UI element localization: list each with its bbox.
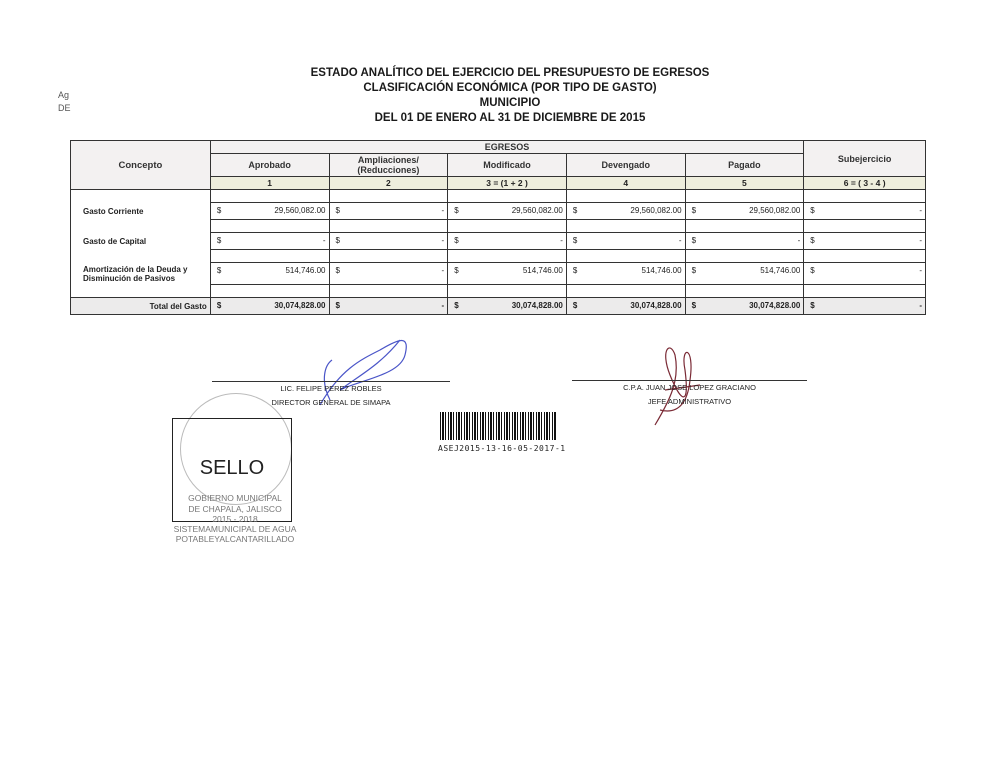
spacer-cell — [804, 220, 926, 233]
currency-symbol: $ — [217, 266, 221, 275]
report-entity: MUNICIPIO — [230, 96, 790, 111]
amount-value: - — [323, 236, 326, 245]
amount-value: 514,746.00 — [642, 266, 682, 275]
spacer-cell — [566, 250, 685, 263]
header-pagado: Pagado — [685, 154, 804, 177]
currency-symbol: $ — [573, 301, 577, 310]
amount-cell: $- — [329, 233, 448, 250]
signer-1-name: LIC. FELIPE PEREZ ROBLES — [212, 384, 450, 393]
amount-value: - — [919, 206, 922, 215]
currency-symbol: $ — [692, 266, 696, 275]
amount-value: 29,560,082.00 — [274, 206, 325, 215]
seal-line-2: DE CHAPALA, JALISCO — [150, 504, 320, 514]
currency-symbol: $ — [810, 301, 814, 310]
amount-value: - — [560, 236, 563, 245]
amount-value: - — [442, 301, 445, 310]
signer-2-title: JEFE ADMINISTRATIVO — [572, 397, 807, 406]
report-header: ESTADO ANALÍTICO DEL EJERCICIO DEL PRESU… — [230, 66, 790, 126]
currency-symbol: $ — [573, 266, 577, 275]
concept-spacer — [71, 285, 211, 298]
row-concept: Gasto Corriente — [71, 203, 211, 220]
amount-value: 514,746.00 — [285, 266, 325, 275]
amount-cell: $30,074,828.00 — [685, 298, 804, 315]
spacer-cell — [566, 285, 685, 298]
amount-value: 30,074,828.00 — [630, 301, 681, 310]
currency-symbol: $ — [217, 206, 221, 215]
amount-value: 29,560,082.00 — [630, 206, 681, 215]
concept-spacer — [71, 250, 211, 263]
spacer-cell — [210, 190, 329, 203]
amount-value: 30,074,828.00 — [749, 301, 800, 310]
currency-symbol: $ — [810, 236, 814, 245]
signature-line-2 — [572, 380, 807, 381]
amount-value: 29,560,082.00 — [512, 206, 563, 215]
row-concept: Gasto de Capital — [71, 233, 211, 250]
amount-cell: $- — [329, 203, 448, 220]
amount-value: 29,560,082.00 — [749, 206, 800, 215]
header-subejercicio: Subejercicio — [804, 141, 926, 177]
amount-cell: $514,746.00 — [566, 263, 685, 285]
header-egresos: EGRESOS — [210, 141, 803, 154]
header-aprobado: Aprobado — [210, 154, 329, 177]
formula-6: 6 = ( 3 - 4 ) — [804, 177, 926, 190]
amount-value: - — [798, 236, 801, 245]
amount-value: 30,074,828.00 — [512, 301, 563, 310]
spacer-cell — [685, 220, 804, 233]
spacer-cell — [685, 250, 804, 263]
amount-cell: $29,560,082.00 — [685, 203, 804, 220]
table-row: Amortización de la Deuda y Disminución d… — [71, 263, 926, 285]
report-period: DEL 01 DE ENERO AL 31 DE DICIEMBRE DE 20… — [230, 111, 790, 126]
amount-value: - — [679, 236, 682, 245]
amount-cell: $514,746.00 — [210, 263, 329, 285]
spacer-cell — [566, 190, 685, 203]
amount-cell: $30,074,828.00 — [448, 298, 567, 315]
header-ampliaciones: Ampliaciones/ (Reducciones) — [329, 154, 448, 177]
currency-symbol: $ — [692, 236, 696, 245]
side-label-1: Ag — [58, 90, 69, 100]
spacer-cell — [448, 285, 567, 298]
amount-value: - — [919, 301, 922, 310]
amount-cell: $- — [804, 233, 926, 250]
amount-cell: $- — [804, 203, 926, 220]
report-title: ESTADO ANALÍTICO DEL EJERCICIO DEL PRESU… — [230, 66, 790, 81]
table-row: Gasto Corriente$29,560,082.00$-$29,560,0… — [71, 203, 926, 220]
currency-symbol: $ — [692, 206, 696, 215]
barcode — [440, 412, 556, 440]
currency-symbol: $ — [810, 266, 814, 275]
amount-cell: $29,560,082.00 — [566, 203, 685, 220]
amount-value: 30,074,828.00 — [274, 301, 325, 310]
report-subtitle: CLASIFICACIÓN ECONÓMICA (POR TIPO DE GAS… — [230, 81, 790, 96]
currency-symbol: $ — [573, 206, 577, 215]
spacer-cell — [448, 220, 567, 233]
amount-cell: $- — [804, 298, 926, 315]
total-row: Total del Gasto$30,074,828.00$-$30,074,8… — [71, 298, 926, 315]
budget-table: Concepto EGRESOS Subejercicio Aprobado A… — [70, 140, 926, 315]
concept-spacer — [71, 190, 211, 203]
row-concept: Total del Gasto — [71, 298, 211, 315]
amount-value: 514,746.00 — [760, 266, 800, 275]
formula-1: 1 — [210, 177, 329, 190]
spacer-cell — [210, 220, 329, 233]
amount-cell: $- — [329, 263, 448, 285]
spacer-cell — [448, 250, 567, 263]
spacer-cell — [685, 190, 804, 203]
table-row: Gasto de Capital$-$-$-$-$-$- — [71, 233, 926, 250]
currency-symbol: $ — [336, 301, 340, 310]
amount-value: - — [919, 236, 922, 245]
amount-cell: $514,746.00 — [685, 263, 804, 285]
amount-cell: $- — [566, 233, 685, 250]
currency-symbol: $ — [217, 236, 221, 245]
currency-symbol: $ — [217, 301, 221, 310]
amount-cell: $30,074,828.00 — [566, 298, 685, 315]
signature-line-1 — [212, 381, 450, 382]
amount-cell: $- — [448, 233, 567, 250]
spacer-cell — [329, 285, 448, 298]
amount-cell: $- — [329, 298, 448, 315]
spacer-cell — [329, 190, 448, 203]
currency-symbol: $ — [810, 206, 814, 215]
amount-cell: $514,746.00 — [448, 263, 567, 285]
amount-value: 514,746.00 — [523, 266, 563, 275]
seal-line-1: GOBIERNO MUNICIPAL — [150, 493, 320, 503]
amount-cell: $- — [685, 233, 804, 250]
currency-symbol: $ — [336, 266, 340, 275]
currency-symbol: $ — [692, 301, 696, 310]
currency-symbol: $ — [454, 266, 458, 275]
concept-spacer — [71, 220, 211, 233]
spacer-cell — [566, 220, 685, 233]
spacer-cell — [329, 250, 448, 263]
header-concepto: Concepto — [71, 141, 211, 190]
spacer-cell — [685, 285, 804, 298]
signer-2-name: C.P.A. JUAN JOSE LOPEZ GRACIANO — [572, 383, 807, 392]
currency-symbol: $ — [336, 236, 340, 245]
amount-cell: $29,560,082.00 — [448, 203, 567, 220]
amount-value: - — [442, 236, 445, 245]
seal-line-4: SISTEMAMUNICIPAL DE AGUA — [150, 524, 320, 534]
currency-symbol: $ — [454, 236, 458, 245]
amount-value: - — [442, 206, 445, 215]
currency-symbol: $ — [454, 301, 458, 310]
currency-symbol: $ — [454, 206, 458, 215]
amount-cell: $- — [804, 263, 926, 285]
spacer-cell — [448, 190, 567, 203]
currency-symbol: $ — [336, 206, 340, 215]
header-devengado: Devengado — [566, 154, 685, 177]
amount-value: - — [919, 266, 922, 275]
spacer-cell — [804, 285, 926, 298]
amount-value: - — [442, 266, 445, 275]
formula-3: 3 = (1 + 2 ) — [448, 177, 567, 190]
amount-cell: $29,560,082.00 — [210, 203, 329, 220]
row-concept: Amortización de la Deuda y Disminución d… — [71, 263, 211, 285]
formula-5: 5 — [685, 177, 804, 190]
spacer-cell — [210, 285, 329, 298]
side-label-2: DE — [58, 103, 71, 113]
seal-line-3: 2015 - 2018 — [150, 514, 320, 524]
currency-symbol: $ — [573, 236, 577, 245]
spacer-cell — [210, 250, 329, 263]
formula-4: 4 — [566, 177, 685, 190]
amount-cell: $- — [210, 233, 329, 250]
spacer-cell — [804, 250, 926, 263]
spacer-cell — [804, 190, 926, 203]
barcode-text: ASEJ2015-13-16-05-2017-1 — [438, 444, 566, 453]
spacer-cell — [329, 220, 448, 233]
amount-cell: $30,074,828.00 — [210, 298, 329, 315]
seal-line-5: POTABLEYALCANTARILLADO — [150, 534, 320, 544]
seal-word: SELLO — [173, 457, 291, 480]
formula-2: 2 — [329, 177, 448, 190]
header-modificado: Modificado — [448, 154, 567, 177]
